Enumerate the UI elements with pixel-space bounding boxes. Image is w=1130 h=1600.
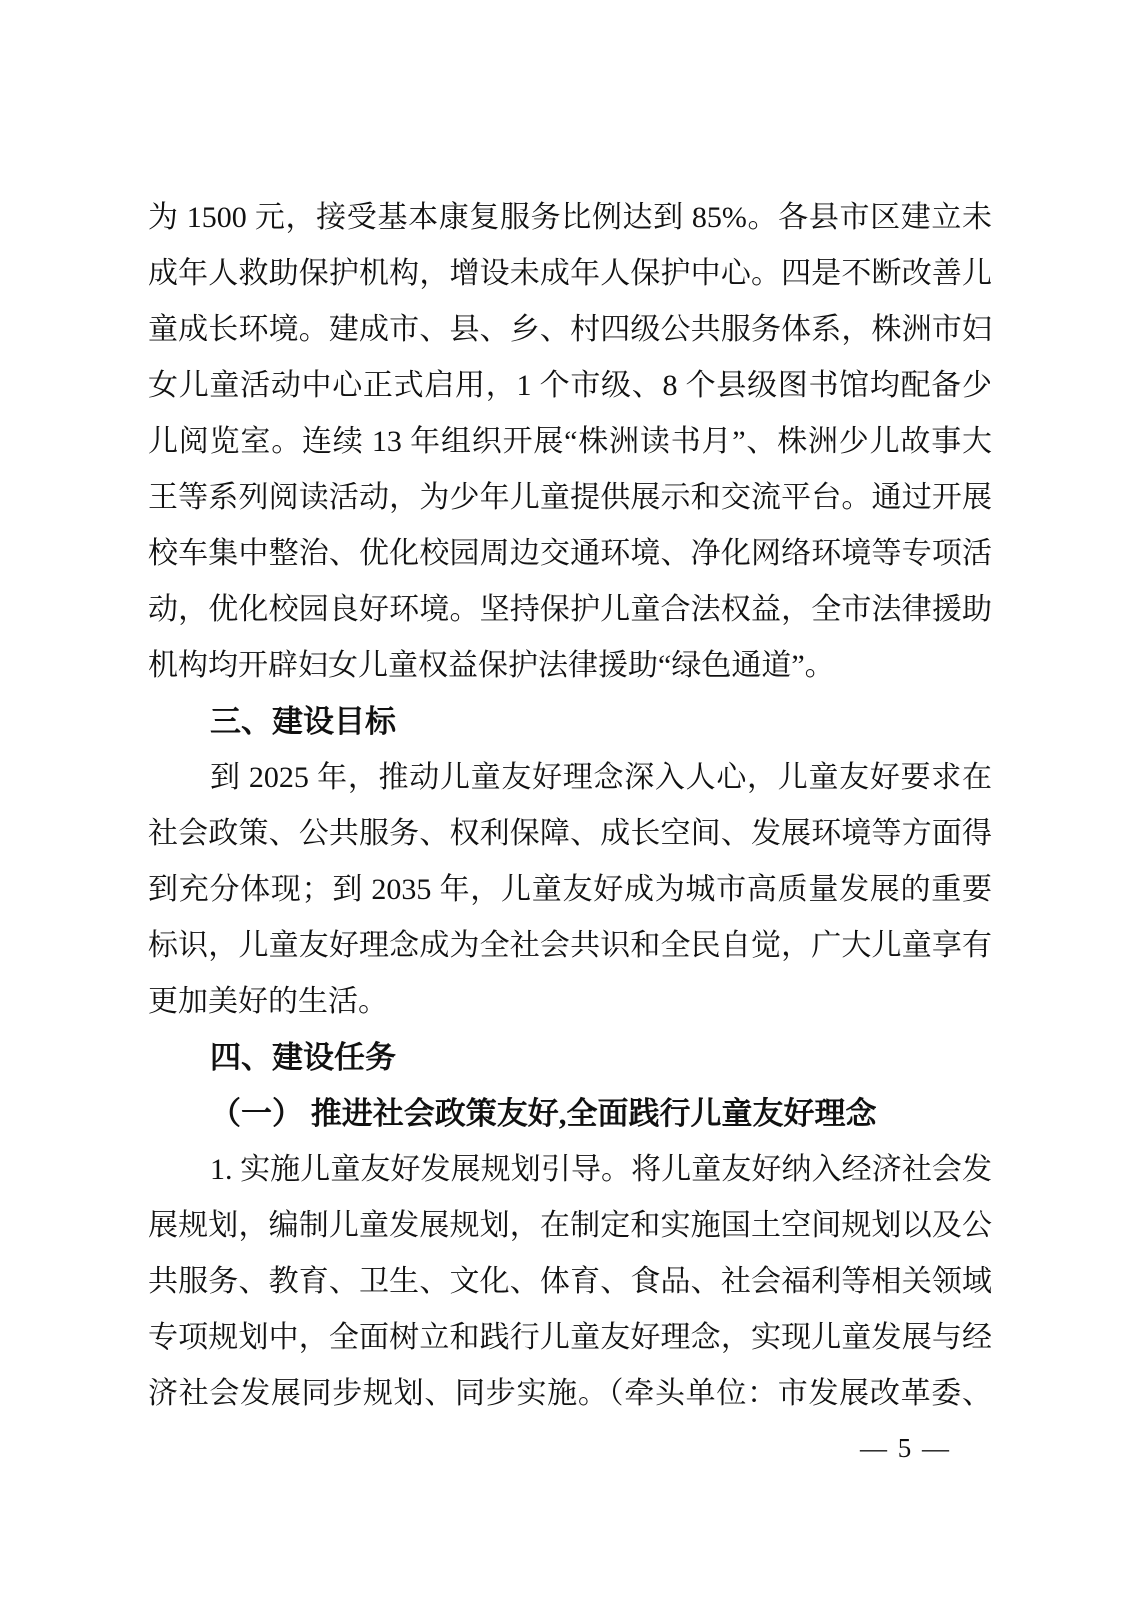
text-line: 王等系列阅读活动，为少年儿童提供展示和交流平台。通过开展 xyxy=(148,470,992,526)
text-line: 到充分体现；到 2035 年，儿童友好成为城市高质量发展的重要 xyxy=(148,862,992,918)
text-line: 机构均开辟妇女儿童权益保护法律援助“绿色通道”。 xyxy=(148,638,992,694)
text-line: 共服务、教育、卫生、文化、体育、食品、社会福利等相关领域 xyxy=(148,1254,992,1310)
text-line: 济社会发展同步规划、同步实施。（牵头单位：市发展改革委、 xyxy=(148,1366,992,1422)
page-number: — 5 — xyxy=(860,1422,951,1474)
page-number-text: — 5 — xyxy=(860,1433,951,1463)
text-line: 动，优化校园良好环境。坚持保护儿童合法权益，全市法律援助 xyxy=(148,582,992,638)
text-line: 儿阅览室。连续 13 年组织开展“株洲读书月”、株洲少儿故事大 xyxy=(148,414,992,470)
text-line: 更加美好的生活。 xyxy=(148,974,992,1030)
section-heading: 四、建设任务 xyxy=(148,1030,992,1086)
text-line: 社会政策、公共服务、权利保障、成长空间、发展环境等方面得 xyxy=(148,806,992,862)
text-line: 成年人救助保护机构，增设未成年人保护中心。四是不断改善儿 xyxy=(148,246,992,302)
document-page: 为 1500 元，接受基本康复服务比例达到 85%。各县市区建立未成年人救助保护… xyxy=(0,0,1130,1600)
document-body: 为 1500 元，接受基本康复服务比例达到 85%。各县市区建立未成年人救助保护… xyxy=(148,190,992,1422)
text-line: 专项规划中，全面树立和践行儿童友好理念，实现儿童发展与经 xyxy=(148,1310,992,1366)
text-line: 童成长环境。建成市、县、乡、村四级公共服务体系，株洲市妇 xyxy=(148,302,992,358)
text-line: 到 2025 年，推动儿童友好理念深入人心，儿童友好要求在 xyxy=(148,750,992,806)
sub-section-heading: （一） 推进社会政策友好,全面践行儿童友好理念 xyxy=(148,1086,992,1142)
text-line: 校车集中整治、优化校园周边交通环境、净化网络环境等专项活 xyxy=(148,526,992,582)
text-line: 标识，儿童友好理念成为全社会共识和全民自觉，广大儿童享有 xyxy=(148,918,992,974)
section-heading: 三、建设目标 xyxy=(148,694,992,750)
text-line: 展规划，编制儿童发展规划，在制定和实施国土空间规划以及公 xyxy=(148,1198,992,1254)
text-line: 1. 实施儿童友好发展规划引导。将儿童友好纳入经济社会发 xyxy=(148,1142,992,1198)
text-line: 为 1500 元，接受基本康复服务比例达到 85%。各县市区建立未 xyxy=(148,190,992,246)
text-line: 女儿童活动中心正式启用，1 个市级、8 个县级图书馆均配备少 xyxy=(148,358,992,414)
